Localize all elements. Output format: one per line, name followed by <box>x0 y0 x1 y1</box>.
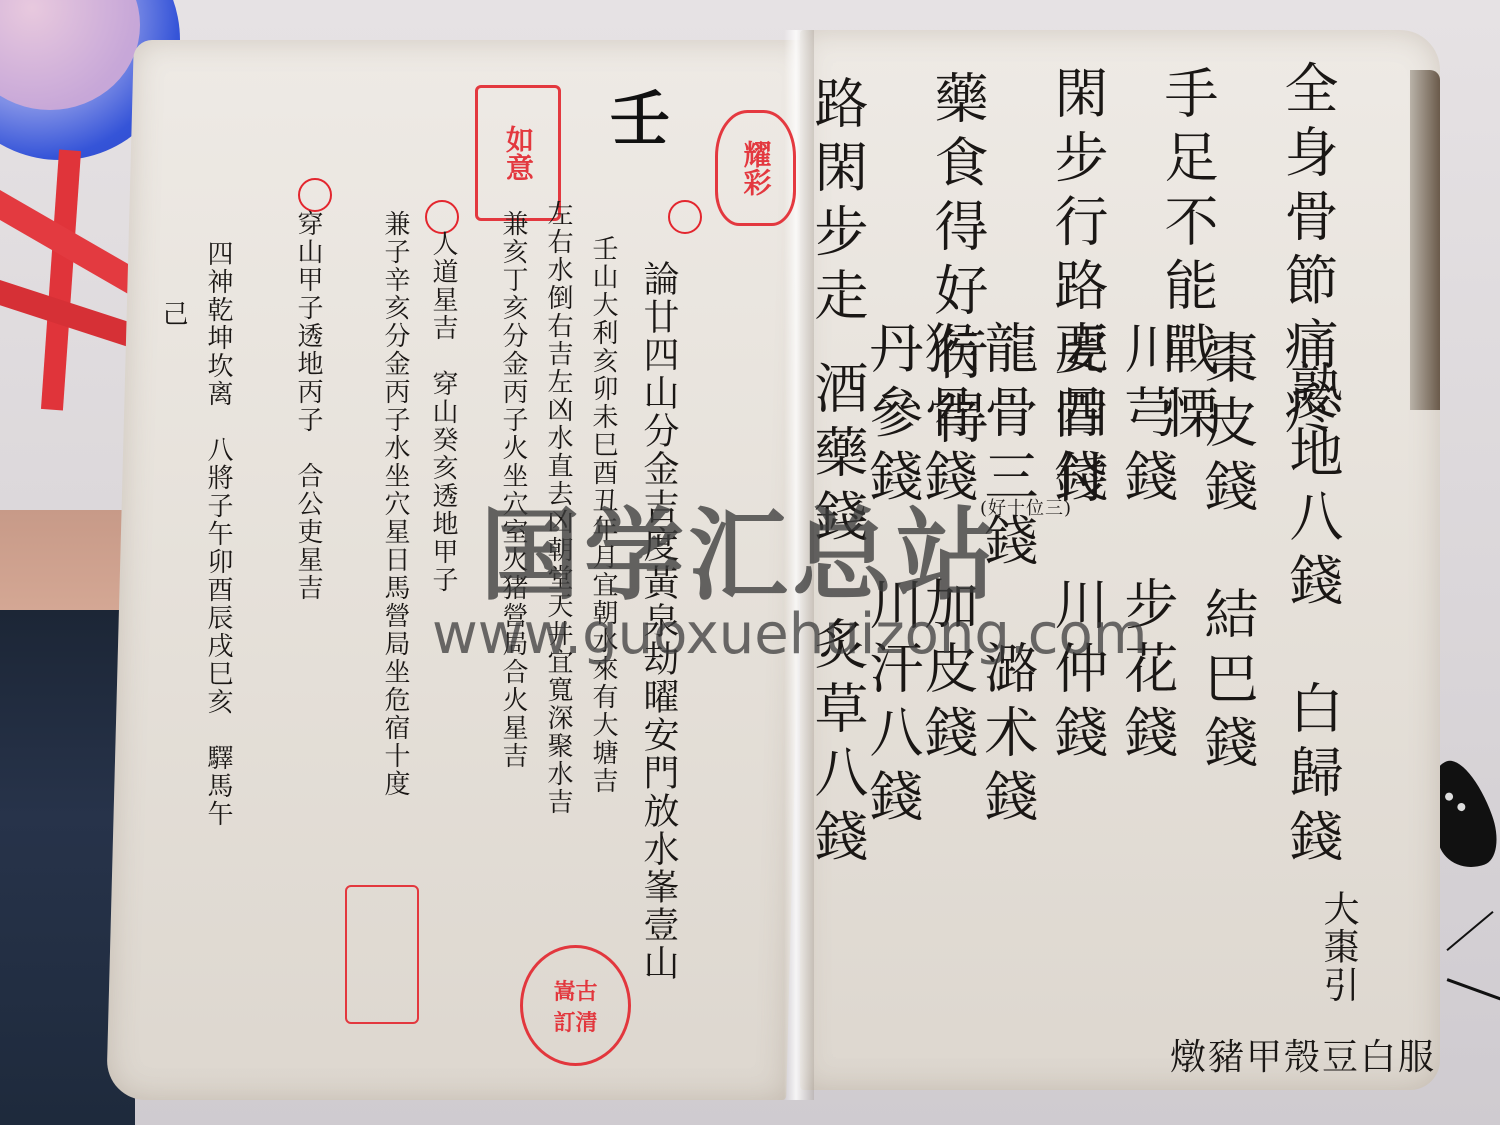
text-column: 四神乾坤坎离 八將子午卯酉辰戌巳亥 驛馬午 <box>205 240 231 828</box>
recipe-column: 棗皮錢 結巴錢 <box>1200 330 1254 778</box>
watermark-title: 国学汇总站 <box>480 475 1000 619</box>
seal-yaocai: 耀彩 <box>715 110 796 226</box>
page-edge-wear <box>1410 70 1440 410</box>
page-heading: 壬 <box>610 72 670 158</box>
margin-note: 己 <box>160 300 186 328</box>
footer-line: 大棗引 <box>1320 890 1356 1004</box>
circle-mark <box>425 200 459 234</box>
circle-mark <box>298 178 332 212</box>
text-column: 穿山甲子透地丙子 合公吏星吉 <box>295 210 321 602</box>
recipe-column: 川芎錢 步花錢 <box>1120 320 1174 768</box>
seal-small-square <box>345 885 419 1024</box>
footer-line: 燉豬甲殼豆白服 <box>1170 1040 1436 1076</box>
circle-mark <box>668 200 702 234</box>
recipe-column: 熟地八錢 白歸錢 <box>1285 360 1339 872</box>
recipe-column: 虎骨錢 川仲錢 <box>1050 320 1104 768</box>
text-column: 兼子辛亥分金丙子水坐穴星日馬營局坐危宿十度 <box>382 210 408 798</box>
text-column: 路閑步走 <box>810 75 864 331</box>
seal-round: 嵩古訂清 <box>520 945 631 1066</box>
text-column: 人道星吉 穿山癸亥透地甲子 <box>430 230 456 594</box>
watermark-url: www.guoxuehuizong.com <box>432 602 1147 667</box>
